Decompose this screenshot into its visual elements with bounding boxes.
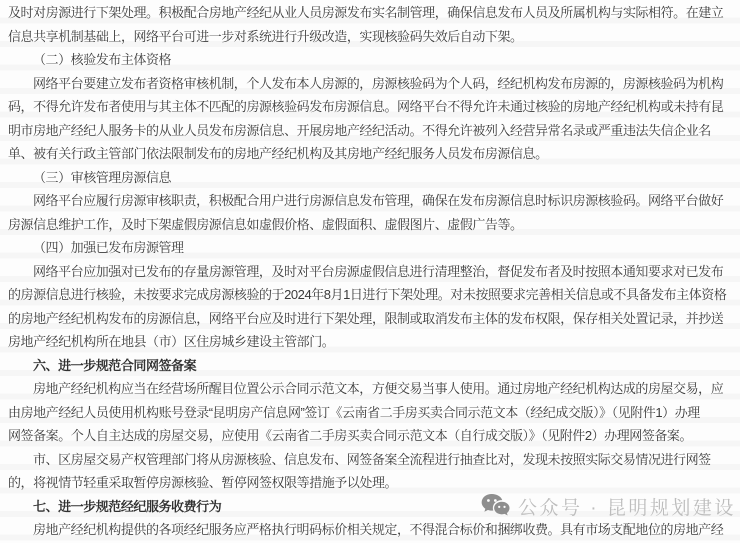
body-line: 房地产经纪机构应当在经营场所醒目位置公示合同示范文本，方便交易当事人使用。通过房… <box>8 377 740 401</box>
section-heading: 七、进一步规范经纪服务收费行为 <box>8 495 740 519</box>
body-line: 市、区房屋交易产权管理部门将从房源核验、信息发布、网签备案全流程进行抽查比对，发… <box>8 448 740 472</box>
body-line: 的，将视情节轻重采取暂停房源核验、暂停网签权限等措施予以处理。 <box>8 471 740 495</box>
body-line: 明市房地产经纪人服务卡的从业人员发布房源信息、开展房地产经纪活动。不得允许被列入… <box>8 119 740 143</box>
body-line: 房源信息维护工作，及时下架虚假房源信息如虚假价格、虚假面积、虚假图片、虚假广告等… <box>8 213 740 237</box>
subsection-heading: （四）加强已发布房源管理 <box>8 236 740 260</box>
body-line: 单、被有关行政主管部门依法限制发布的房地产经纪机构及其房地产经纪服务人员发布房源… <box>8 142 740 166</box>
document-body: 及时对房源进行下架处理。积极配合房地产经纪从业人员房源发布实名制管理，确保信息发… <box>0 0 740 543</box>
section-heading: 六、进一步规范合同网签备案 <box>8 354 740 378</box>
body-line: 的房源信息进行核验，未按要求完成房源核验的于2024年8月1日进行下架处理。对未… <box>8 283 740 307</box>
body-line: 网络平台应加强对已发布的存量房源管理，及时对平台房源虚假信息进行清理整治，督促发… <box>8 260 740 284</box>
body-line: 信息共享机制基础上，网络平台可进一步对系统进行升级改造，实现核验码失效后自动下架… <box>8 25 740 49</box>
subsection-heading: （二）核验发布主体资格 <box>8 48 740 72</box>
body-line: 房地产经纪机构提供的各项经纪服务应严格执行明码标价相关规定，不得混合标价和捆绑收… <box>8 518 740 542</box>
subsection-heading: （三）审核管理房源信息 <box>8 166 740 190</box>
body-line: 由房地产经纪人员使用机构账号登录“昆明房产信息网”签订《云南省二手房买卖合同示范… <box>8 401 740 425</box>
body-line: 及时对房源进行下架处理。积极配合房地产经纪从业人员房源发布实名制管理，确保信息发… <box>8 1 740 25</box>
body-line: 的房地产经纪机构发布的房源信息，网络平台应及时进行下架处理，限制或取消发布主体的… <box>8 307 740 331</box>
body-line: 网络平台要建立发布者资格审核机制，个人发布本人房源的，房源核验码为个人码，经纪机… <box>8 72 740 96</box>
body-line: 网络平台应履行房源审核职责，积极配合用户进行房源信息发布管理，确保在发布房源信息… <box>8 189 740 213</box>
body-line: 网签备案。个人自主达成的房屋交易，应使用《云南省二手房买卖合同示范文本（自行成交… <box>8 424 740 448</box>
body-line: 房地产经纪机构所在地县（市）区住房城乡建设主管部门。 <box>8 330 740 354</box>
body-line: 码，不得允许发布者使用与其主体不匹配的房源核验码发布房源信息。网络平台不得允许未… <box>8 95 740 119</box>
